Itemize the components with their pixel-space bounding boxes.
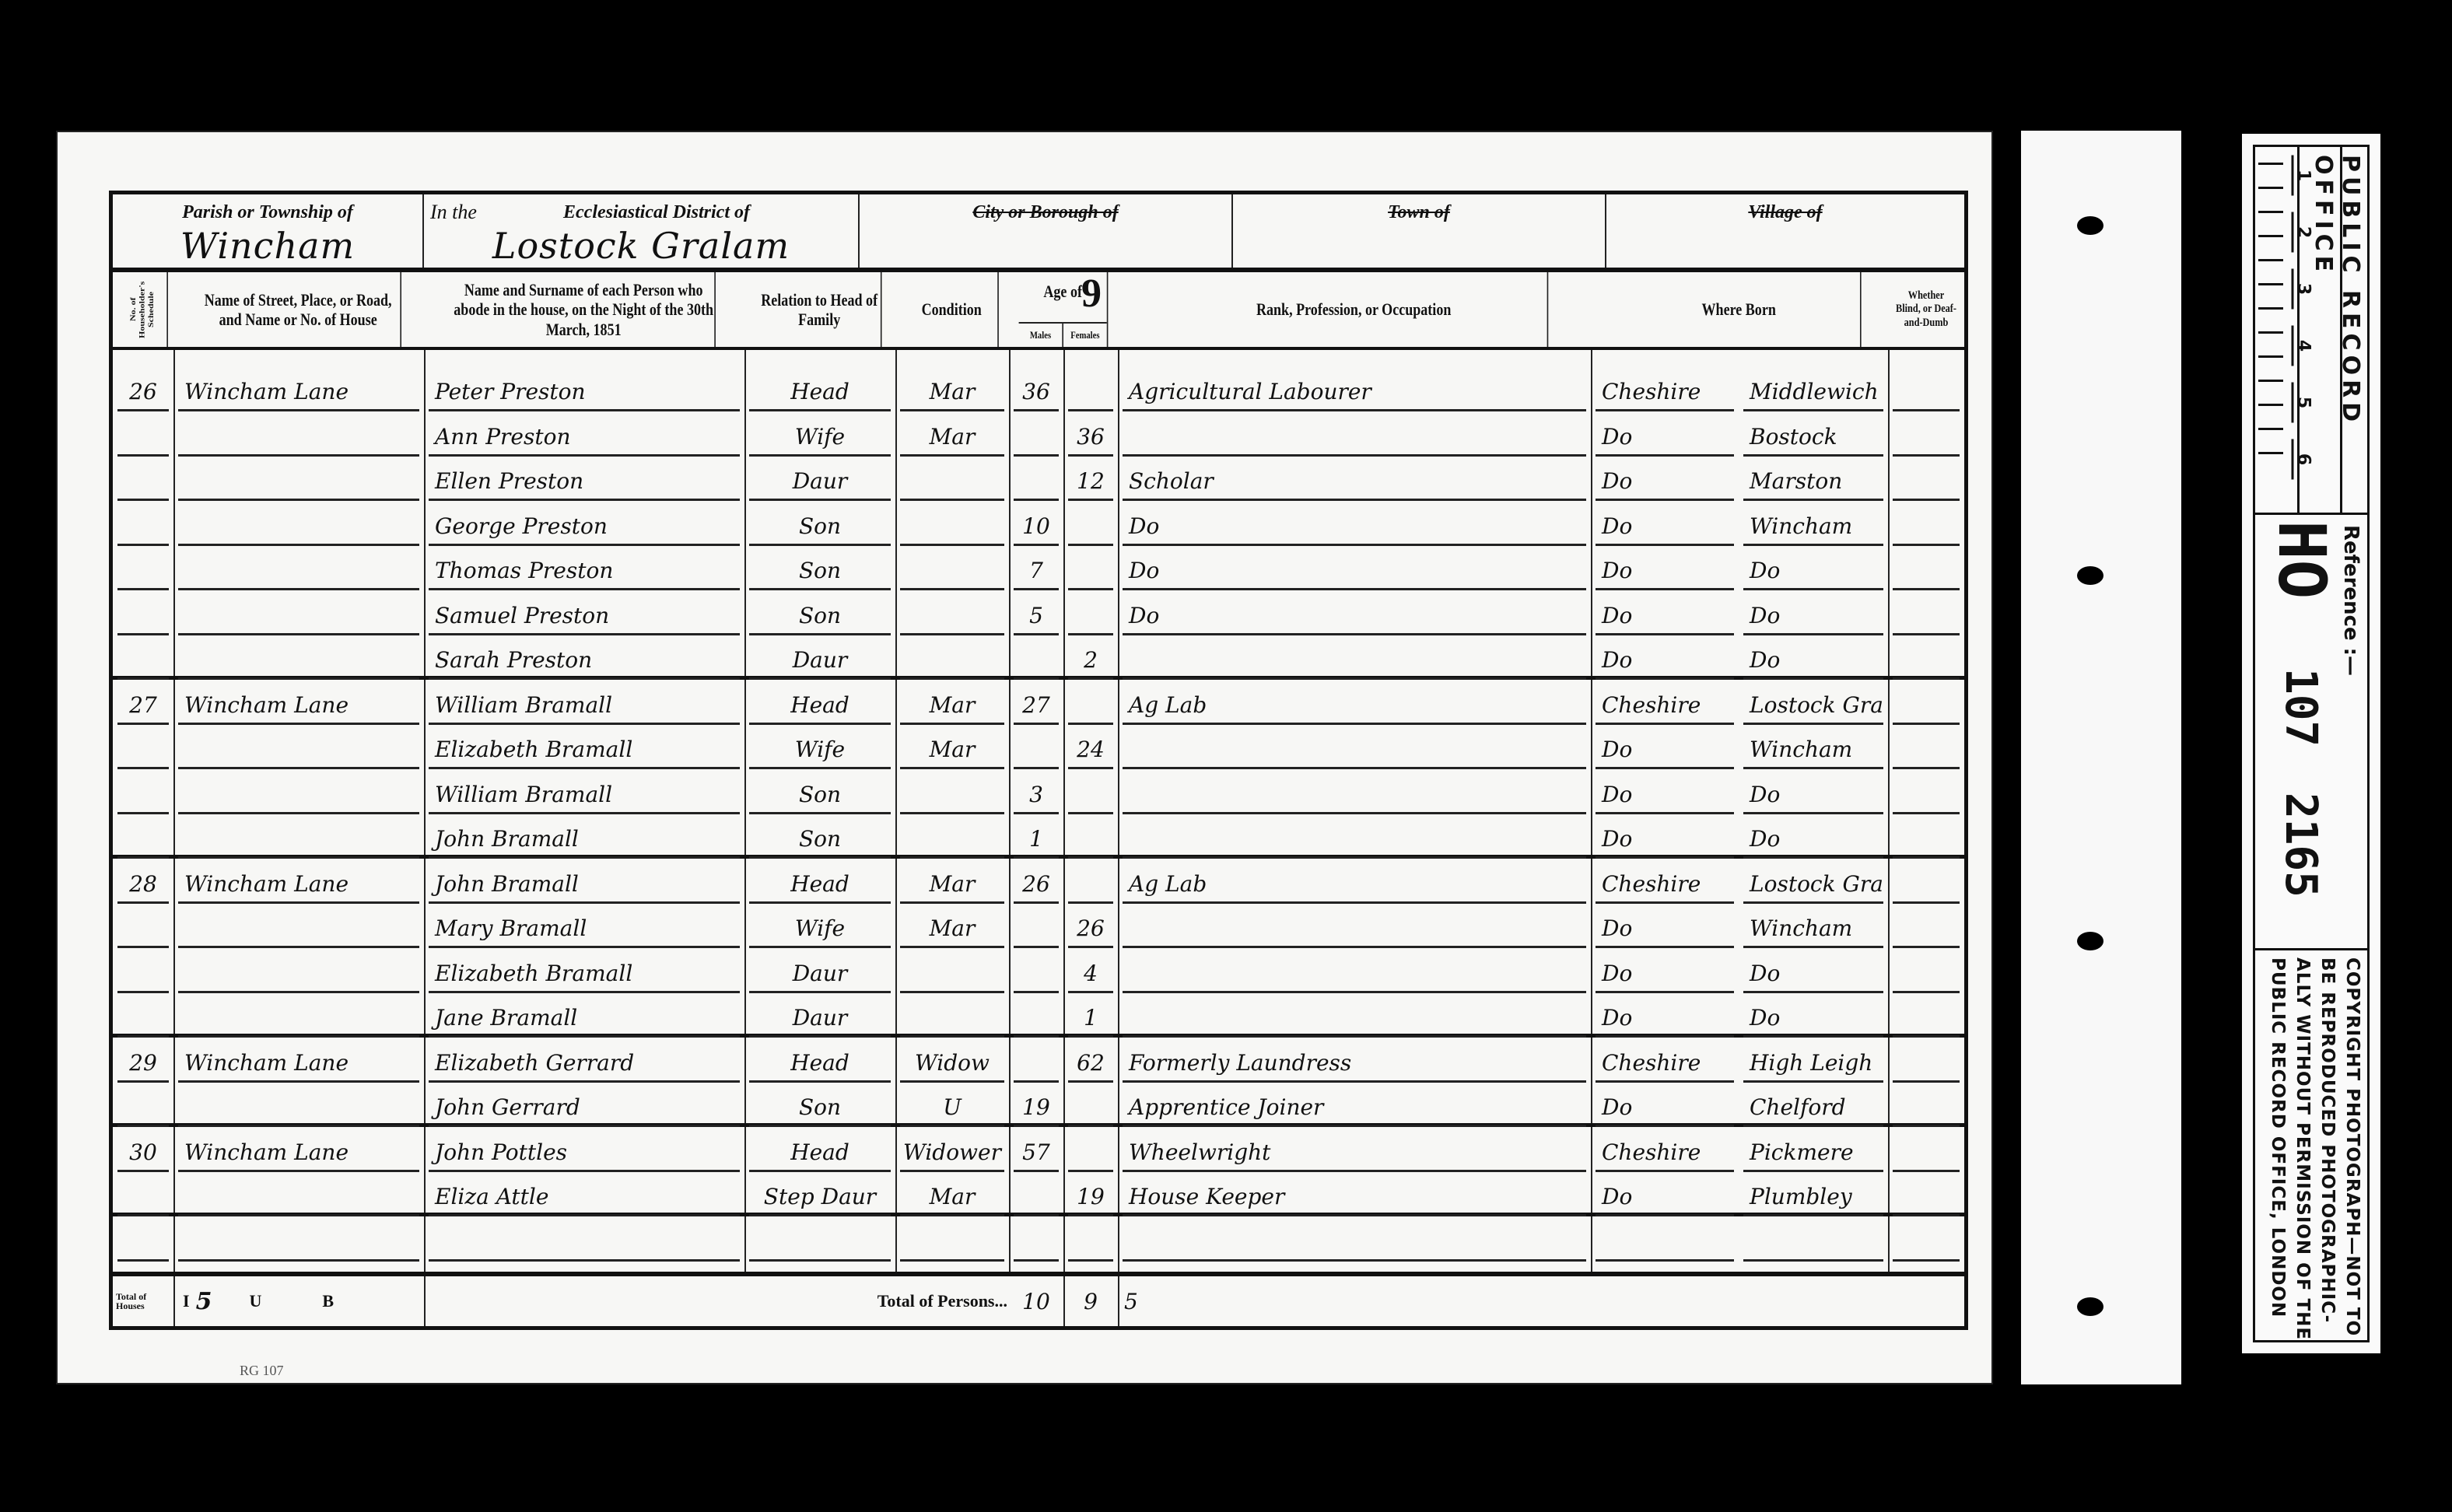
total-females: 9 xyxy=(1063,1276,1118,1326)
relation: Son xyxy=(749,814,891,859)
street-address: Wincham Lane xyxy=(178,367,419,411)
schedule-number xyxy=(117,591,169,635)
punch-hole xyxy=(2077,566,2103,585)
col-age: Age of Males Females xyxy=(1019,272,1109,347)
street-address xyxy=(178,993,419,1038)
person-name: John Pottles xyxy=(429,1128,740,1172)
street-address xyxy=(178,1217,419,1262)
relation: Wife xyxy=(749,725,891,769)
occupation xyxy=(1123,993,1586,1038)
street-address xyxy=(178,412,419,457)
age-male xyxy=(1014,993,1059,1038)
blind-deaf xyxy=(1893,859,1960,904)
born-place: Middlewich xyxy=(1743,367,1883,411)
schedule-number xyxy=(117,1172,169,1216)
census-row: Ellen PrestonDaur12ScholarDoMarston xyxy=(113,457,1964,501)
scale-ruler: 123456 PUBLIC RECORD OFFICE xyxy=(2255,147,2367,515)
person-name: William Bramall xyxy=(429,770,740,814)
street-address xyxy=(178,725,419,769)
schedule-number xyxy=(117,635,169,680)
schedule-number xyxy=(117,904,169,948)
blind-deaf xyxy=(1893,1172,1960,1216)
born-county: Do xyxy=(1596,412,1734,457)
ecclesiastical-label: Ecclesiastical District of xyxy=(424,202,858,223)
age-male: 7 xyxy=(1014,546,1059,590)
schedule-number: 27 xyxy=(117,681,169,725)
census-row: George PrestonSon10DoDoWincham xyxy=(113,502,1964,546)
inhabited-label: I xyxy=(183,1291,190,1311)
copyright-line: ALLY WITHOUT PERMISSION OF THE xyxy=(2293,957,2313,1340)
copyright-line: COPYRIGHT PHOTOGRAPH—NOT TO xyxy=(2342,957,2363,1336)
born-place: Pickmere xyxy=(1743,1128,1883,1172)
street-address: Wincham Lane xyxy=(178,681,419,725)
condition xyxy=(900,635,1004,680)
relation: Son xyxy=(749,502,891,546)
schedule-number xyxy=(117,1083,169,1127)
age-female: 4 xyxy=(1068,949,1113,993)
col-females: Females xyxy=(1062,324,1106,347)
person-name: Sarah Preston xyxy=(429,635,740,680)
occupation: Apprentice Joiner xyxy=(1123,1083,1586,1127)
col-occupation: Rank, Profession, or Occupation xyxy=(1161,272,1549,347)
col-relation: Relation to Head of Family xyxy=(758,272,881,347)
pro-reference-strip: 123456 PUBLIC RECORD OFFICE Reference :—… xyxy=(2242,134,2380,1353)
age-female xyxy=(1068,681,1113,725)
age-male: 57 xyxy=(1014,1128,1059,1172)
born-county: Cheshire xyxy=(1596,367,1734,411)
person-name xyxy=(429,1217,740,1262)
relation xyxy=(749,1217,891,1262)
born-county: Do xyxy=(1596,770,1734,814)
schedule-number: 30 xyxy=(117,1128,169,1172)
col-males: Males xyxy=(1019,324,1063,347)
born-place: Do xyxy=(1743,814,1883,859)
occupation: House Keeper xyxy=(1123,1172,1586,1216)
reference-label: Reference :— xyxy=(2339,525,2363,676)
born-place: Do xyxy=(1743,546,1883,590)
schedule-number xyxy=(117,814,169,859)
occupation: Agricultural Labourer xyxy=(1123,367,1586,411)
condition xyxy=(900,1217,1004,1262)
village-label: Village of xyxy=(1606,202,1964,223)
census-row: 27Wincham LaneWilliam BramallHeadMar27Ag… xyxy=(113,681,1964,725)
houses-total-label: Total of Houses xyxy=(116,1276,170,1326)
person-name: Jane Bramall xyxy=(429,993,740,1038)
condition xyxy=(900,814,1004,859)
relation: Wife xyxy=(749,904,891,948)
born-place: Bostock xyxy=(1743,412,1883,457)
occupation: Ag Lab xyxy=(1123,859,1586,904)
relation: Son xyxy=(749,770,891,814)
relation: Daur xyxy=(749,993,891,1038)
schedule-number xyxy=(117,949,169,993)
condition: Mar xyxy=(900,859,1004,904)
born-county: Do xyxy=(1596,457,1734,501)
born-county: Do xyxy=(1596,725,1734,769)
schedule-number xyxy=(117,770,169,814)
born-county: Do xyxy=(1596,904,1734,948)
born-place: Wincham xyxy=(1743,725,1883,769)
born-county: Do xyxy=(1596,546,1734,590)
occupation: Do xyxy=(1123,502,1586,546)
schedule-number xyxy=(117,725,169,769)
town-label: Town of xyxy=(1233,202,1605,223)
age-female: 26 xyxy=(1068,904,1113,948)
census-row: Thomas PrestonSon7DoDoDo xyxy=(113,546,1964,590)
copyright-line: PUBLIC RECORD OFFICE, LONDON xyxy=(2268,957,2288,1318)
person-name: Samuel Preston xyxy=(429,591,740,635)
person-name: John Bramall xyxy=(429,859,740,904)
blind-deaf xyxy=(1893,814,1960,859)
condition xyxy=(900,770,1004,814)
condition xyxy=(900,457,1004,501)
persons-total-label: Total of Persons... xyxy=(797,1276,1007,1326)
born-county: Do xyxy=(1596,1083,1734,1127)
city-label: City or Borough of xyxy=(860,202,1231,223)
census-row: Samuel PrestonSon5DoDoDo xyxy=(113,591,1964,635)
blind-deaf xyxy=(1893,546,1960,590)
age-female xyxy=(1068,859,1113,904)
occupation: Formerly Laundress xyxy=(1123,1038,1586,1083)
street-address: Wincham Lane xyxy=(178,1128,419,1172)
punch-hole xyxy=(2077,932,2103,950)
age-female: 24 xyxy=(1068,725,1113,769)
born-county: Do xyxy=(1596,1172,1734,1216)
born-place: Lostock Gralam xyxy=(1743,681,1883,725)
street-address xyxy=(178,1083,419,1127)
born-place: Do xyxy=(1743,993,1883,1038)
condition: Mar xyxy=(900,681,1004,725)
person-name: George Preston xyxy=(429,502,740,546)
born-place: Do xyxy=(1743,591,1883,635)
schedule-number xyxy=(117,1217,169,1262)
census-row: Jane BramallDaur1DoDo xyxy=(113,993,1964,1038)
census-row: John GerrardSonU19Apprentice JoinerDoChe… xyxy=(113,1083,1964,1127)
pro-title: PUBLIC RECORD OFFICE xyxy=(2310,155,2364,513)
blind-deaf xyxy=(1893,1083,1960,1127)
born-county: Do xyxy=(1596,635,1734,680)
ruler-ticks xyxy=(2258,163,2294,476)
schedule-number: 28 xyxy=(117,859,169,904)
punch-hole xyxy=(2077,216,2103,235)
age-male xyxy=(1014,635,1059,680)
born-place: Wincham xyxy=(1743,502,1883,546)
age-male: 36 xyxy=(1014,367,1059,411)
census-row: John BramallSon1DoDo xyxy=(113,814,1964,859)
person-name: Eliza Attle xyxy=(429,1172,740,1216)
born-county: Do xyxy=(1596,949,1734,993)
born-place: Plumbley xyxy=(1743,1172,1883,1216)
street-address xyxy=(178,770,419,814)
occupation: Ag Lab xyxy=(1123,681,1586,725)
census-row: Elizabeth BramallDaur4DoDo xyxy=(113,949,1964,993)
born-county: Cheshire xyxy=(1596,859,1734,904)
relation: Head xyxy=(749,367,891,411)
person-name: John Gerrard xyxy=(429,1083,740,1127)
age-female xyxy=(1068,502,1113,546)
blind-deaf xyxy=(1893,770,1960,814)
census-row: Elizabeth BramallWifeMar24DoWincham xyxy=(113,725,1964,769)
born-place: Do xyxy=(1743,949,1883,993)
street-address xyxy=(178,949,419,993)
age-male xyxy=(1014,1038,1059,1083)
ecclesiastical-value: Lostock Gralam xyxy=(424,225,858,267)
relation: Head xyxy=(749,1128,891,1172)
census-row: 29Wincham LaneElizabeth GerrardHeadWidow… xyxy=(113,1038,1964,1083)
blind-deaf xyxy=(1893,725,1960,769)
street-address xyxy=(178,457,419,501)
occupation: Wheelwright xyxy=(1123,1128,1586,1172)
born-place: Do xyxy=(1743,770,1883,814)
ecclesiastical-cell: In the Ecclesiastical District of Lostoc… xyxy=(424,194,860,268)
village-cell: Village of xyxy=(1606,194,1964,268)
schedule-number xyxy=(117,546,169,590)
street-address xyxy=(178,814,419,859)
born-county: Do xyxy=(1596,993,1734,1038)
age-male: 19 xyxy=(1014,1083,1059,1127)
census-row: 28Wincham LaneJohn BramallHeadMar26Ag La… xyxy=(113,859,1964,904)
person-name: William Bramall xyxy=(429,681,740,725)
condition xyxy=(900,949,1004,993)
condition xyxy=(900,993,1004,1038)
condition xyxy=(900,546,1004,590)
reference-piece: 107 xyxy=(2275,668,2326,747)
blind-deaf xyxy=(1893,681,1960,725)
born-county: Cheshire xyxy=(1596,1128,1734,1172)
street-address xyxy=(178,546,419,590)
blind-deaf xyxy=(1893,949,1960,993)
census-row xyxy=(113,1217,1964,1262)
blind-deaf xyxy=(1893,1038,1960,1083)
houses-counts: I 5 U B xyxy=(183,1276,416,1326)
age-female xyxy=(1068,770,1113,814)
col-where-born: Where Born xyxy=(1617,272,1861,347)
blind-deaf xyxy=(1893,457,1960,501)
uninhabited-label: U xyxy=(249,1291,261,1311)
relation: Son xyxy=(749,1083,891,1127)
schedule-number xyxy=(117,457,169,501)
copyright-notice: COPYRIGHT PHOTOGRAPH—NOT TO BE REPRODUCE… xyxy=(2255,948,2367,1345)
age-male xyxy=(1014,1172,1059,1216)
parish-label: Parish or Township of xyxy=(113,202,422,223)
schedule-number: 26 xyxy=(117,367,169,411)
street-address xyxy=(178,1172,419,1216)
age-female xyxy=(1068,1217,1113,1262)
age-female: 12 xyxy=(1068,457,1113,501)
born-county: Cheshire xyxy=(1596,681,1734,725)
city-cell: City or Borough of xyxy=(860,194,1233,268)
col-street: Name of Street, Place, or Road, and Name… xyxy=(196,272,401,347)
census-row: Sarah PrestonDaur2DoDo xyxy=(113,635,1964,680)
occupation xyxy=(1123,1217,1586,1262)
person-name: Elizabeth Gerrard xyxy=(429,1038,740,1083)
street-address xyxy=(178,904,419,948)
building-label: B xyxy=(322,1291,334,1311)
born-place: Do xyxy=(1743,635,1883,680)
blind-deaf xyxy=(1893,591,1960,635)
relation: Daur xyxy=(749,949,891,993)
age-female: 19 xyxy=(1068,1172,1113,1216)
occupation xyxy=(1123,635,1586,680)
age-female: 62 xyxy=(1068,1038,1113,1083)
condition: U xyxy=(900,1083,1004,1127)
blind-deaf xyxy=(1893,1217,1960,1262)
occupation: Do xyxy=(1123,546,1586,590)
occupation xyxy=(1123,904,1586,948)
census-row: 30Wincham LaneJohn PottlesHeadWidower57W… xyxy=(113,1128,1964,1172)
person-name: John Bramall xyxy=(429,814,740,859)
col-schedule: No. of Householder's Schedule xyxy=(118,272,168,347)
condition: Mar xyxy=(900,725,1004,769)
condition: Widow xyxy=(900,1038,1004,1083)
condition: Mar xyxy=(900,904,1004,948)
binding-strip xyxy=(2021,131,2181,1384)
relation: Head xyxy=(749,859,891,904)
census-row: 26Wincham LanePeter PrestonHeadMar36Agri… xyxy=(113,367,1964,411)
census-form: Parish or Township of Wincham In the Ecc… xyxy=(109,191,1968,1330)
reference-code: HO xyxy=(2269,520,2335,599)
person-name: Mary Bramall xyxy=(429,904,740,948)
occupation xyxy=(1123,949,1586,993)
age-female: 36 xyxy=(1068,412,1113,457)
born-county xyxy=(1596,1217,1734,1262)
street-address xyxy=(178,635,419,680)
condition xyxy=(900,502,1004,546)
street-address xyxy=(178,502,419,546)
relation: Son xyxy=(749,546,891,590)
reference-box: Reference :— HO 107 2165 xyxy=(2255,513,2367,950)
age-male: 10 xyxy=(1014,502,1059,546)
age-male xyxy=(1014,1217,1059,1262)
born-county: Do xyxy=(1596,591,1734,635)
person-name: Peter Preston xyxy=(429,367,740,411)
blind-deaf xyxy=(1893,904,1960,948)
age-female xyxy=(1068,546,1113,590)
census-row: Eliza AttleStep DaurMar19House KeeperDoP… xyxy=(113,1172,1964,1216)
age-female xyxy=(1068,814,1113,859)
age-female xyxy=(1068,591,1113,635)
relation: Daur xyxy=(749,635,891,680)
census-row: Ann PrestonWifeMar36DoBostock xyxy=(113,412,1964,457)
col-blind: Whether Blind, or Deaf-and-Dumb xyxy=(1895,272,1957,347)
born-county: Do xyxy=(1596,502,1734,546)
total-extra: 5 xyxy=(1124,1276,1155,1326)
schedule-number xyxy=(117,993,169,1038)
age-male xyxy=(1014,412,1059,457)
occupation xyxy=(1123,814,1586,859)
inhabited-value: 5 xyxy=(196,1288,212,1315)
punch-hole xyxy=(2077,1297,2103,1316)
relation: Head xyxy=(749,681,891,725)
age-male xyxy=(1014,725,1059,769)
blind-deaf xyxy=(1893,367,1960,411)
born-county: Do xyxy=(1596,814,1734,859)
parish-cell: Parish or Township of Wincham xyxy=(113,194,424,268)
condition: Mar xyxy=(900,367,1004,411)
schedule-number xyxy=(117,502,169,546)
relation: Daur xyxy=(749,457,891,501)
col-name: Name and Surname of each Person who abod… xyxy=(453,272,716,347)
age-female: 1 xyxy=(1068,993,1113,1038)
occupation: Scholar xyxy=(1123,457,1586,501)
age-male xyxy=(1014,904,1059,948)
relation: Wife xyxy=(749,412,891,457)
born-county: Cheshire xyxy=(1596,1038,1734,1083)
schedule-number: 29 xyxy=(117,1038,169,1083)
blind-deaf xyxy=(1893,993,1960,1038)
census-row: Mary BramallWifeMar26DoWincham xyxy=(113,904,1964,948)
age-male: 27 xyxy=(1014,681,1059,725)
town-cell: Town of xyxy=(1233,194,1606,268)
reference-folio: 2165 xyxy=(2275,793,2326,898)
total-males: 10 xyxy=(1009,1276,1063,1326)
age-male: 26 xyxy=(1014,859,1059,904)
person-name: Elizabeth Bramall xyxy=(429,725,740,769)
age-male: 5 xyxy=(1014,591,1059,635)
person-name: Thomas Preston xyxy=(429,546,740,590)
occupation xyxy=(1123,770,1586,814)
born-place: Lostock Gralam xyxy=(1743,859,1883,904)
street-address: Wincham Lane xyxy=(178,859,419,904)
age-female: 2 xyxy=(1068,635,1113,680)
born-place: Wincham xyxy=(1743,904,1883,948)
totals-row: Total of Houses I 5 U B Total of Persons… xyxy=(113,1272,1964,1326)
born-place: Chelford xyxy=(1743,1083,1883,1127)
person-name: Elizabeth Bramall xyxy=(429,949,740,993)
street-address xyxy=(178,591,419,635)
age-male: 1 xyxy=(1014,814,1059,859)
blind-deaf xyxy=(1893,412,1960,457)
blind-deaf xyxy=(1893,502,1960,546)
col-condition: Condition xyxy=(905,272,999,347)
born-place xyxy=(1743,1217,1883,1262)
parish-value: Wincham xyxy=(113,225,422,267)
relation: Step Daur xyxy=(749,1172,891,1216)
age-female xyxy=(1068,1128,1113,1172)
condition: Widower xyxy=(900,1128,1004,1172)
age-male xyxy=(1014,457,1059,501)
relation: Son xyxy=(749,591,891,635)
schedule-number xyxy=(117,412,169,457)
ecclesiastical-prefix: In the xyxy=(430,201,477,224)
street-address: Wincham Lane xyxy=(178,1038,419,1083)
age-female xyxy=(1068,367,1113,411)
person-name: Ann Preston xyxy=(429,412,740,457)
age-male xyxy=(1014,949,1059,993)
column-header: No. of Householder's Schedule Name of St… xyxy=(113,272,1964,350)
archive-stamp: RG 107 xyxy=(240,1363,284,1379)
blind-deaf xyxy=(1893,1128,1960,1172)
census-row: William BramallSon3DoDo xyxy=(113,770,1964,814)
copyright-line: BE REPRODUCED PHOTOGRAPHIC- xyxy=(2317,957,2338,1323)
occupation xyxy=(1123,412,1586,457)
condition: Mar xyxy=(900,412,1004,457)
condition xyxy=(900,591,1004,635)
condition: Mar xyxy=(900,1172,1004,1216)
blind-deaf xyxy=(1893,635,1960,680)
age-female xyxy=(1068,1083,1113,1127)
age-male: 3 xyxy=(1014,770,1059,814)
occupation: Do xyxy=(1123,591,1586,635)
relation: Head xyxy=(749,1038,891,1083)
born-place: High Leigh xyxy=(1743,1038,1883,1083)
district-header: Parish or Township of Wincham In the Ecc… xyxy=(113,194,1964,272)
born-place: Marston xyxy=(1743,457,1883,501)
person-name: Ellen Preston xyxy=(429,457,740,501)
occupation xyxy=(1123,725,1586,769)
